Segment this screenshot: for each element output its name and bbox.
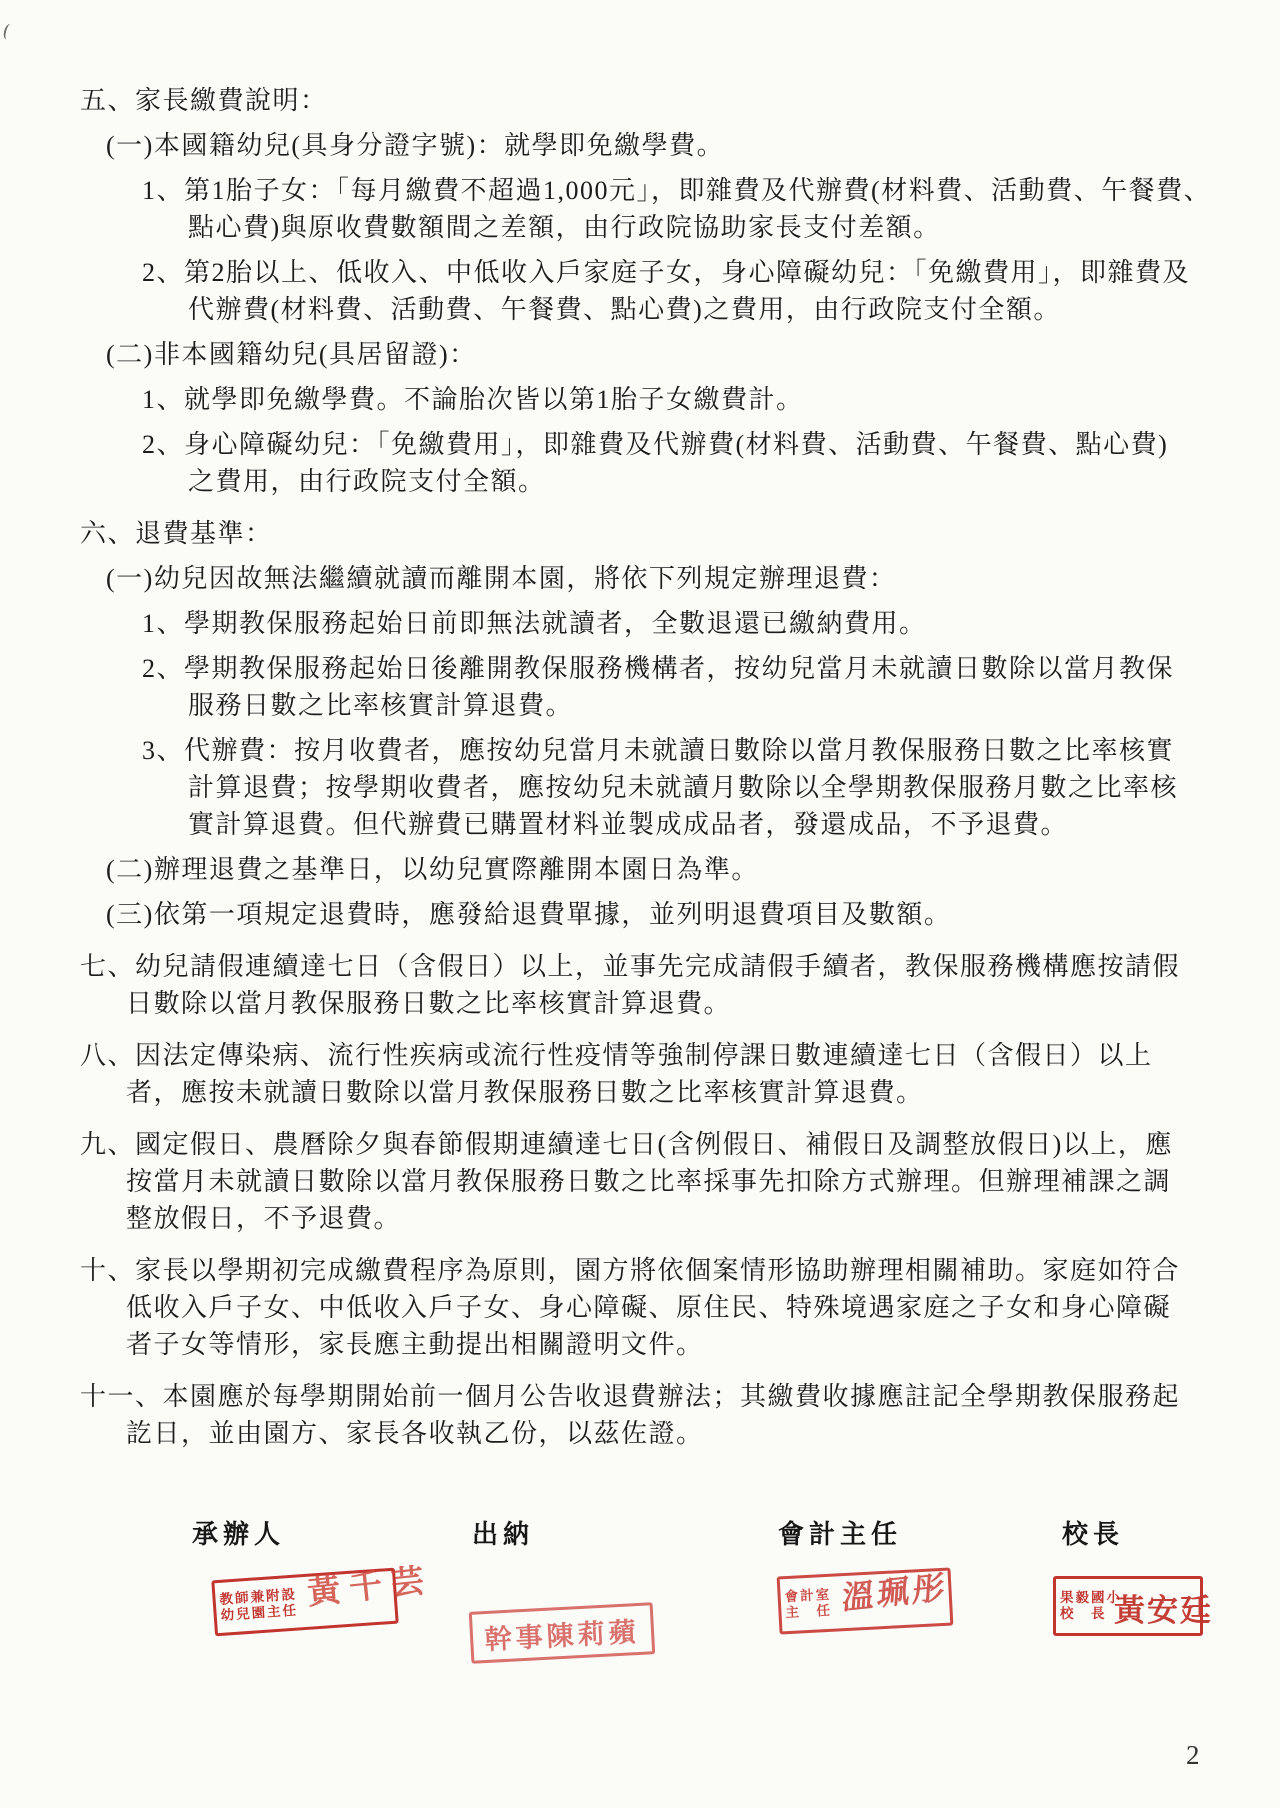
signature-label-cashier: 出納 — [472, 1514, 534, 1551]
section-heading: 七、幼兒請假連續達七日（含假日）以上，並事先完成請假手續者，教保服務機構應按請假 — [80, 948, 1240, 985]
doc-line: 日數除以當月教保服務日數之比率核實計算退費。 — [126, 985, 1240, 1022]
doc-line: 點心費)與原收費數額間之差額，由行政院協助家長支付差額。 — [188, 209, 1240, 246]
doc-line: 服務日數之比率核實計算退費。 — [188, 687, 1240, 724]
doc-line: 者子女等情形，家長應主動提出相關證明文件。 — [126, 1326, 1240, 1363]
doc-line: 2、第2胎以上、低收入、中低收入戶家庭子女，身心障礙幼兒：「免繳費用」，即雜費及 — [142, 254, 1240, 291]
doc-line: 計算退費；按學期收費者，應按幼兒未就讀月數除以全學期教保服務月數之比率核 — [188, 769, 1240, 806]
scanned-document-page: 五、家長繳費說明： (一)本國籍幼兒(具身分證字號)：就學即免繳學費。 1、第1… — [0, 0, 1280, 1808]
stamp-principal-name: 黃安廷 — [1114, 1585, 1213, 1630]
document-body: 五、家長繳費說明： (一)本國籍幼兒(具身分證字號)：就學即免繳學費。 1、第1… — [0, 82, 1240, 1452]
scan-artifact — [2, 23, 15, 41]
section-heading: 十、家長以學期初完成繳費程序為原則，園方將依個案情形協助辦理相關補助。家庭如符合 — [80, 1252, 1240, 1289]
doc-line: 者，應按未就讀日數除以當月教保服務日數之比率核實計算退費。 — [126, 1074, 1240, 1111]
doc-line: 1、就學即免繳學費。不論胎次皆以第1胎子女繳費計。 — [142, 381, 1240, 418]
doc-line: 實計算退費。但代辦費已購置材料並製成成品者，發還成品，不予退費。 — [188, 806, 1240, 843]
signature-label-principal: 校長 — [1062, 1514, 1124, 1551]
signature-label-undertaker: 承辦人 — [192, 1514, 285, 1551]
doc-line: 2、身心障礙幼兒：「免繳費用」，即雜費及代辦費(材料費、活動費、午餐費、點心費) — [142, 426, 1240, 463]
stamp-cashier-name: 幹事陳莉蘋 — [484, 1609, 641, 1656]
doc-line: 2、學期教保服務起始日後離開教保服務機構者，按幼兒當月未就讀日數除以當月教保 — [142, 650, 1240, 687]
stamp-undertaker-title: 教師兼附設 幼兒園主任 — [215, 1587, 299, 1625]
stamp-undertaker-name: 黃千芸 — [305, 1554, 435, 1614]
section-heading: 五、家長繳費說明： — [80, 82, 1240, 119]
doc-line: (二)辦理退費之基準日，以幼兒實際離開本園日為準。 — [106, 851, 1240, 888]
stamp-principal-title: 果毅國小 校 長 — [1056, 1590, 1122, 1622]
section-heading: 八、因法定傳染病、流行性疾病或流行性疫情等強制停課日數連續達七日（含假日）以上 — [80, 1037, 1240, 1074]
stamp-accounting-title: 會計室 主 任 — [780, 1587, 832, 1622]
stamp-accounting-director: 會計室 主 任 溫珮彤 — [777, 1567, 954, 1634]
doc-line: (三)依第一項規定退費時，應發給退費單據，並列明退費項目及數額。 — [106, 896, 1240, 933]
stamp-undertaker: 教師兼附設 幼兒園主任 黃千芸 — [211, 1568, 398, 1637]
doc-line: 之費用，由行政院支付全額。 — [188, 463, 1240, 500]
doc-line: 代辦費(材料費、活動費、午餐費、點心費)之費用，由行政院支付全額。 — [188, 291, 1240, 328]
doc-line: 訖日，並由園方、家長各收執乙份，以茲佐證。 — [126, 1415, 1240, 1452]
doc-line: 1、學期教保服務起始日前即無法就讀者，全數退還已繳納費用。 — [142, 605, 1240, 642]
doc-line: (一)本國籍幼兒(具身分證字號)：就學即免繳學費。 — [106, 127, 1240, 164]
signature-label-accounting-director: 會計主任 — [778, 1514, 902, 1551]
section-heading: 九、國定假日、農曆除夕與春節假期連續達七日(含例假日、補假日及調整放假日)以上，… — [80, 1126, 1240, 1163]
doc-line: (一)幼兒因故無法繼續就讀而離開本園，將依下列規定辦理退費： — [106, 560, 1240, 597]
page-number: 2 — [1186, 1740, 1200, 1771]
doc-line: 低收入戶子女、中低收入戶子女、身心障礙、原住民、特殊境遇家庭之子女和身心障礙 — [126, 1289, 1240, 1326]
section-heading: 十一、本園應於每學期開始前一個月公告收退費辦法；其繳費收據應註記全學期教保服務起 — [80, 1378, 1240, 1415]
doc-line: 整放假日，不予退費。 — [126, 1200, 1240, 1237]
stamp-cashier: 幹事陳莉蘋 — [469, 1602, 655, 1664]
section-heading: 六、退費基準： — [80, 515, 1240, 552]
doc-line: 按當月未就讀日數除以當月教保服務日數之比率採事先扣除方式辦理。但辦理補課之調 — [126, 1163, 1240, 1200]
doc-line: (二)非本國籍幼兒(具居留證)： — [106, 336, 1240, 373]
doc-line: 3、代辦費：按月收費者，應按幼兒當月未就讀日數除以當月教保服務日數之比率核實 — [142, 732, 1240, 769]
doc-line: 1、第1胎子女：「每月繳費不超過1,000元」，即雜費及代辦費(材料費、活動費、… — [142, 172, 1240, 209]
stamp-principal: 果毅國小 校 長 黃安廷 — [1053, 1576, 1203, 1636]
